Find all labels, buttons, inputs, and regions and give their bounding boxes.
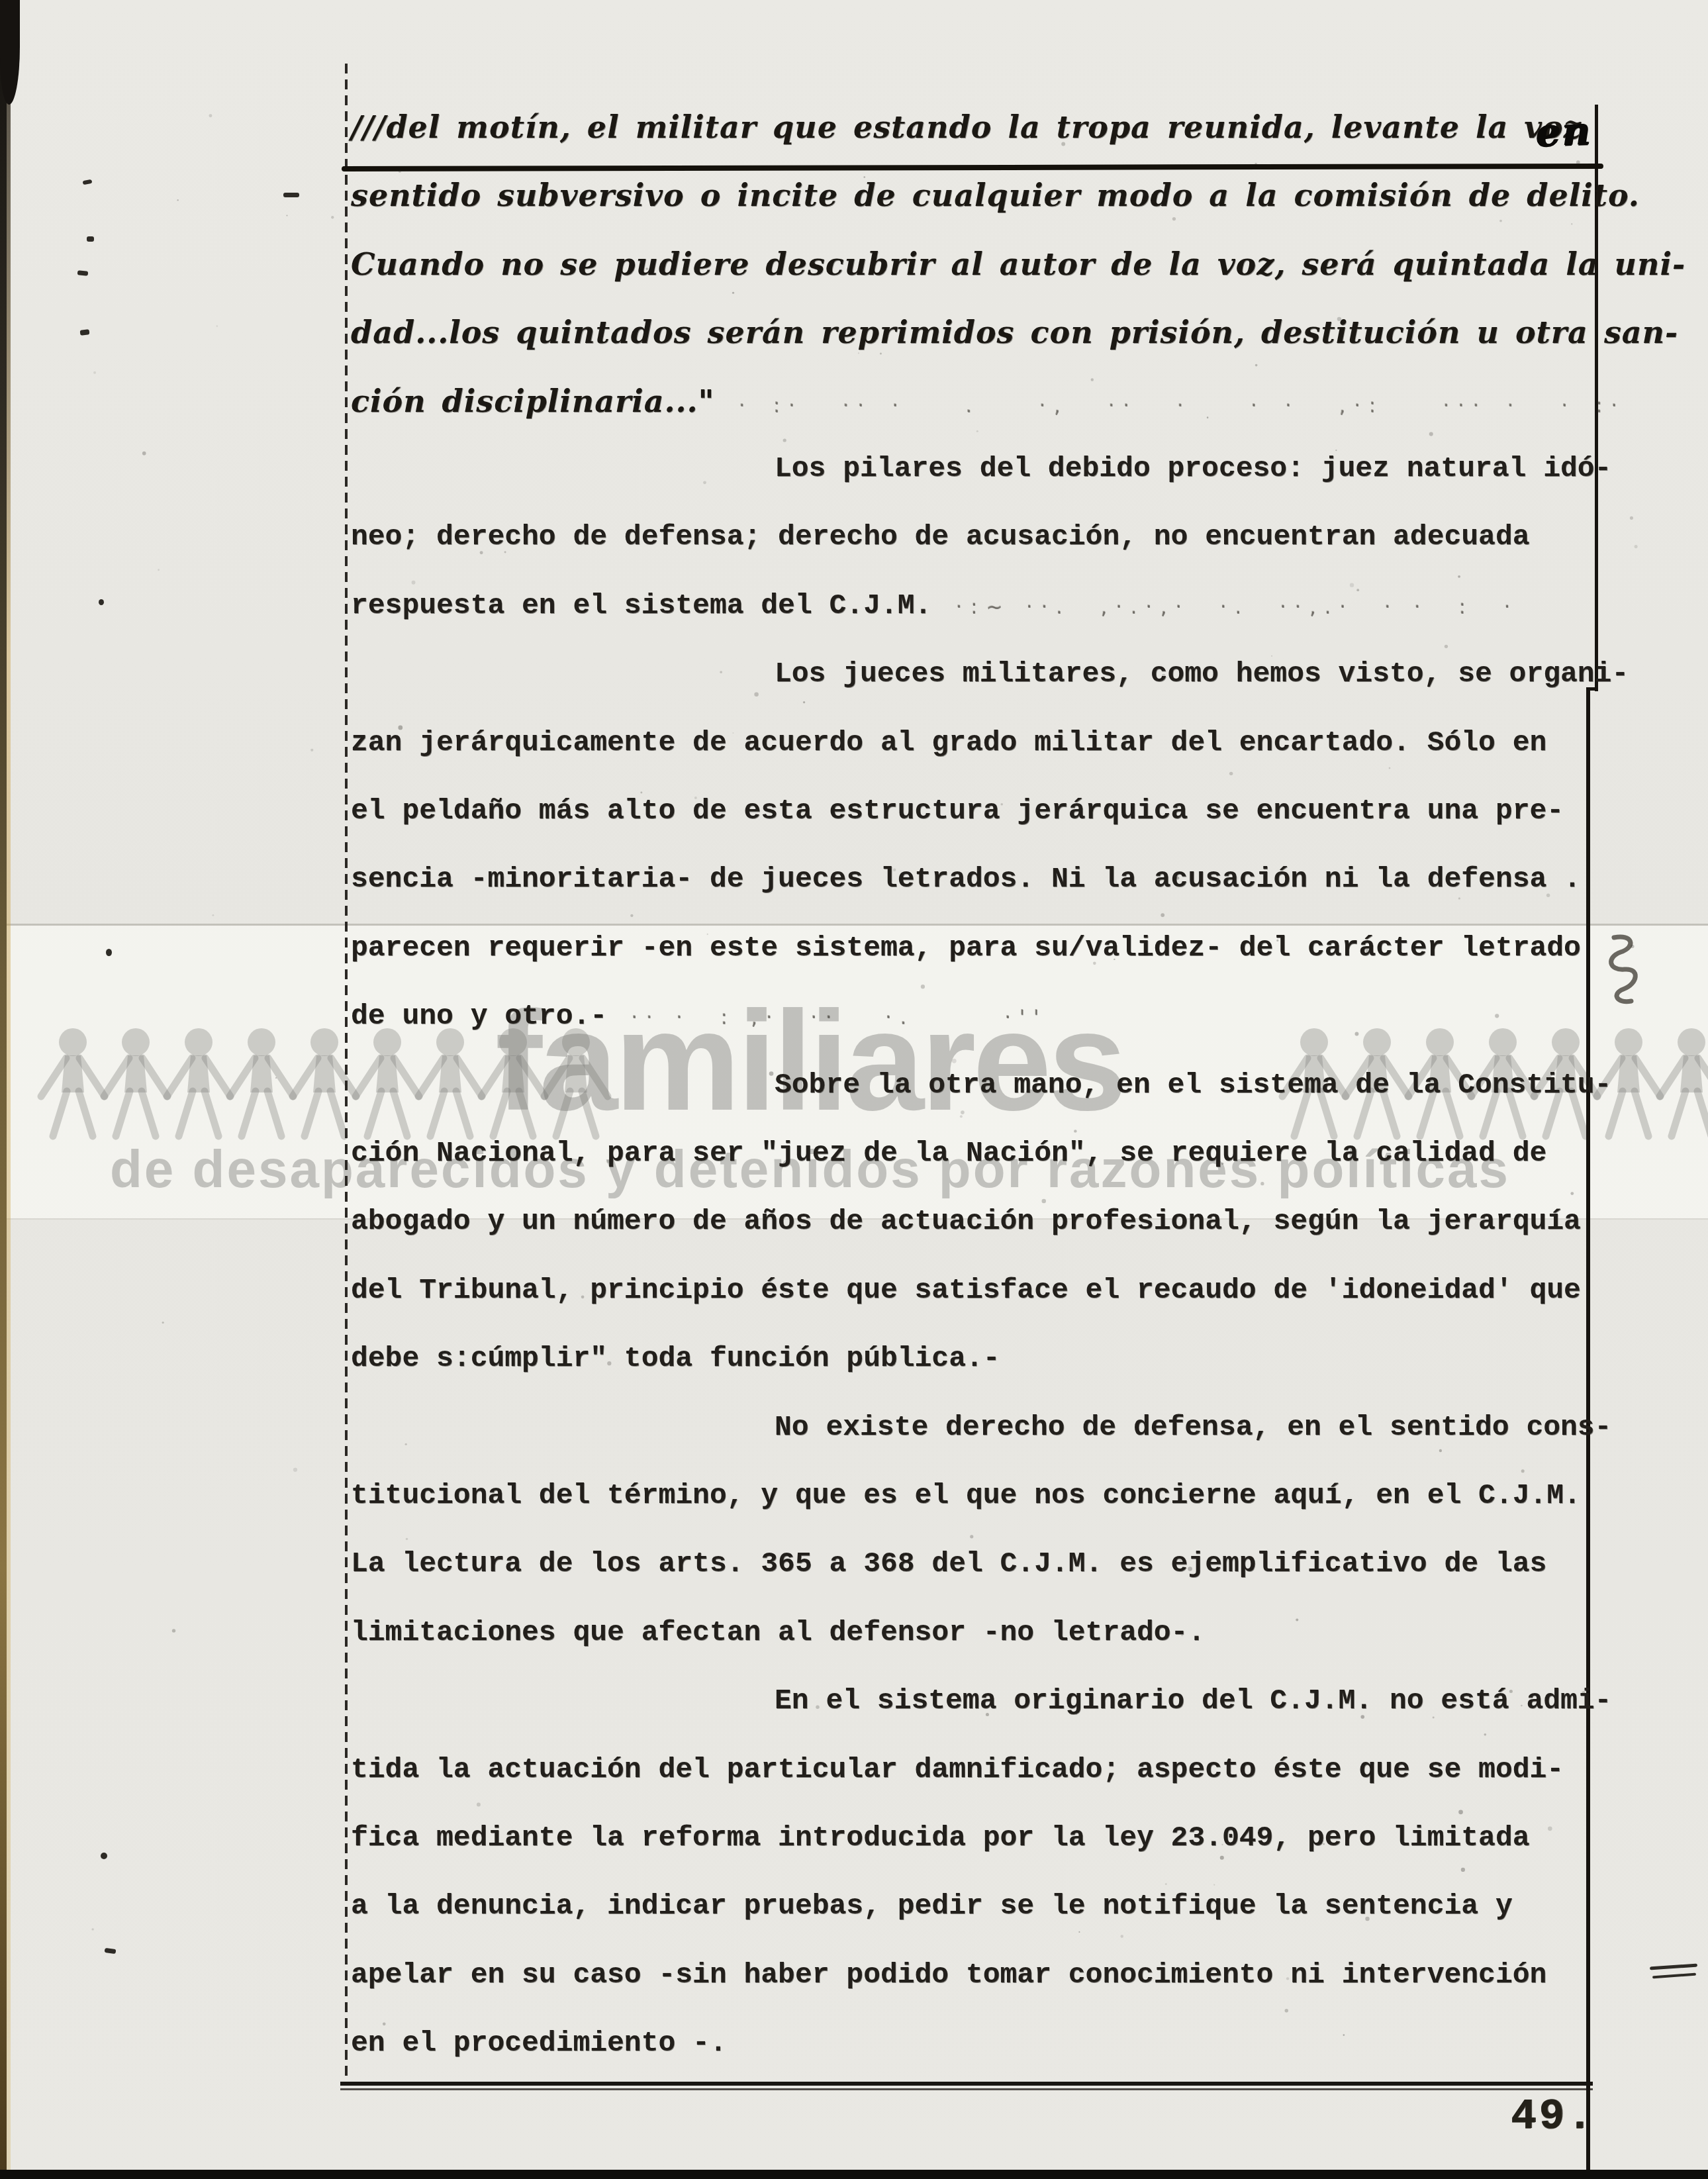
text-line-8: respuesta en el sistema del C.J.M.·:~ ··…: [351, 591, 1519, 620]
margin-mark: [77, 270, 89, 276]
text-line-13: parecen requerir -en este sistema, para …: [351, 933, 1581, 963]
text-line-27: a la denuncia, indicar pruebas, pedir se…: [351, 1891, 1513, 1921]
margin-mark: [99, 599, 104, 605]
text-line-4: dad...los quintados serán reprimidos con…: [351, 316, 1678, 348]
margin-mark: [101, 1853, 107, 1859]
right-margin-equals-mark: [1650, 1963, 1697, 1970]
text-line-22: La lectura de los arts. 365 a 368 del C.…: [351, 1549, 1546, 1578]
margin-mark: [105, 1948, 117, 1954]
text-line-1: ///del motín, el militar que estando la …: [351, 111, 1582, 143]
right-margin-equals-mark: [1652, 1973, 1696, 1979]
text-line-11: el peldaño más alto de esta estructura j…: [351, 796, 1564, 826]
scan-bottom-edge: [0, 2170, 1708, 2179]
text-line-24: En el sistema originario del C.J.M. no e…: [351, 1686, 1611, 1716]
text-line-7: neo; derecho de defensa; derecho de acus…: [351, 522, 1530, 552]
margin-mark: [80, 329, 90, 335]
scanned-document-page: familiares de desaparecidos y detenidos …: [0, 0, 1708, 2179]
left-dashed-border: [345, 64, 348, 2086]
text-line-5: ción disciplinaria..."· :· ·· · . ·, ·· …: [351, 385, 1626, 417]
text-line-21: titucional del término, y que es el que …: [351, 1480, 1581, 1510]
margin-mark: [283, 193, 299, 197]
text-line-20: No existe derecho de defensa, en el sent…: [351, 1412, 1611, 1442]
text-line-18: del Tribunal, principio éste que satisfa…: [351, 1275, 1581, 1305]
text-line-12: sencia -minoritaria- de jueces letrados.…: [351, 864, 1581, 894]
scan-left-edge: [0, 0, 7, 2179]
margin-mark: [83, 179, 93, 185]
text-line-17: abogado y un número de años de actuación…: [351, 1206, 1581, 1236]
text-line-9: Los jueces militares, como hemos visto, …: [351, 659, 1629, 689]
text-line-16: ción Nacional, para ser "juez de la Naci…: [351, 1138, 1546, 1168]
handwritten-correction: en: [1535, 112, 1593, 152]
first-line-underline: [342, 164, 1603, 171]
text-line-6: Los pilares del debido proceso: juez nat…: [351, 454, 1611, 483]
page-number: 49.: [1511, 2096, 1595, 2139]
text-line-28: apelar en su caso -sin haber podido toma…: [351, 1960, 1546, 1990]
margin-mark: [87, 236, 94, 242]
margin-mark: [106, 949, 112, 956]
text-line-14: de uno y otro.-·· · : ,· ·· ·. ·'': [351, 1001, 1047, 1031]
scan-corner-artifact: [0, 0, 20, 105]
text-line-25: tida la actuación del particular damnifi…: [351, 1755, 1564, 1784]
text-line-10: zan jerárquicamente de acuerdo al grado …: [351, 728, 1546, 757]
scan-left-edge-tint: [7, 0, 11, 2179]
text-line-23: limitaciones que afectan al defensor -no…: [351, 1618, 1205, 1647]
text-line-26: fica mediante la reforma introducida por…: [351, 1823, 1530, 1853]
bottom-rule-echo: [340, 2088, 1593, 2090]
text-line-15: Sobre la otra mano, en el sistema de la …: [351, 1070, 1611, 1100]
bottom-rule: [340, 2082, 1593, 2086]
text-line-19: debe s:cúmplir" toda función pública.-: [351, 1343, 1000, 1373]
text-line-3: Cuando no se pudiere descubrir al autor …: [351, 248, 1685, 280]
text-line-29: en el procedimiento -.: [351, 2028, 727, 2058]
text-line-2: sentido subversivo o incite de cualquier…: [351, 179, 1640, 211]
